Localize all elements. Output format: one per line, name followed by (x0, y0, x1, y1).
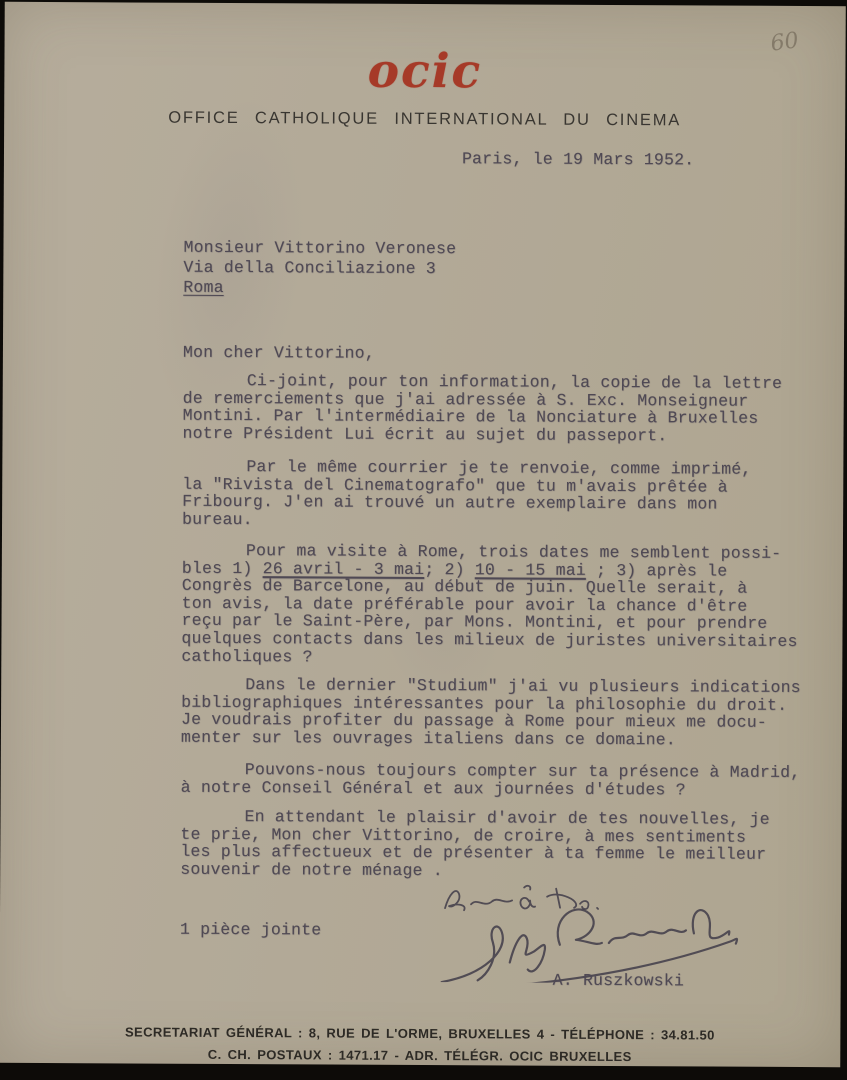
ocic-logo: ocic (4, 42, 845, 101)
dateline: Paris, le 19 Mars 1952. (462, 149, 694, 169)
organization-name: OFFICE CATHOLIQUE INTERNATIONAL DU CINEM… (4, 108, 845, 131)
scanned-letter-page: { "annotation": { "page_number": "60" },… (0, 0, 847, 1080)
handwritten-signature (430, 882, 756, 984)
recipient-name: Monsieur Vittorino Veronese (183, 238, 456, 259)
salutation: Mon cher Vittorino, (183, 343, 375, 363)
underlined-date-option-2: 10 - 15 mai (475, 560, 586, 580)
body-segment: ; 2) (424, 560, 475, 579)
paragraph-2: Par le même courrier je te renvoie, comm… (182, 458, 822, 532)
letter-paper: 60 ocic OFFICE CATHOLIQUE INTERNATIONAL … (0, 2, 846, 1067)
body-segment: bles 1) (182, 558, 263, 577)
body-line: bureau. (182, 511, 822, 532)
letter-footer: SECRETARIAT GÉNÉRAL : 8, RUE DE L'ORME, … (0, 1021, 840, 1069)
signer-typed-name: A. Ruszkowski (553, 971, 684, 991)
body-line: menter sur les ouvrages italiens dans ce… (181, 729, 821, 750)
paragraph-1: Ci-joint, pour ton information, la copie… (182, 372, 822, 446)
paragraph-3: Pour ma visite à Rome, trois dates me se… (181, 542, 822, 669)
paragraph-4: Dans le dernier "Studium" j'ai vu plusie… (181, 676, 821, 750)
body-line: notre Président Lui écrit au sujet du pa… (182, 425, 822, 446)
enclosure-note: 1 pièce jointe (180, 920, 322, 940)
footer-address-line: SECRETARIAT GÉNÉRAL : 8, RUE DE L'ORME, … (0, 1021, 840, 1047)
recipient-street: Via della Conciliazione 3 (183, 258, 456, 279)
recipient-address: Monsieur Vittorino Veronese Via della Co… (183, 238, 456, 299)
recipient-city: Roma (183, 278, 224, 297)
paragraph-5: Pouvons-nous toujours compter sur ta pré… (181, 761, 821, 800)
footer-postal-line: C. CH. POSTAUX : 1471.17 - ADR. TÉLÉGR. … (0, 1043, 840, 1069)
